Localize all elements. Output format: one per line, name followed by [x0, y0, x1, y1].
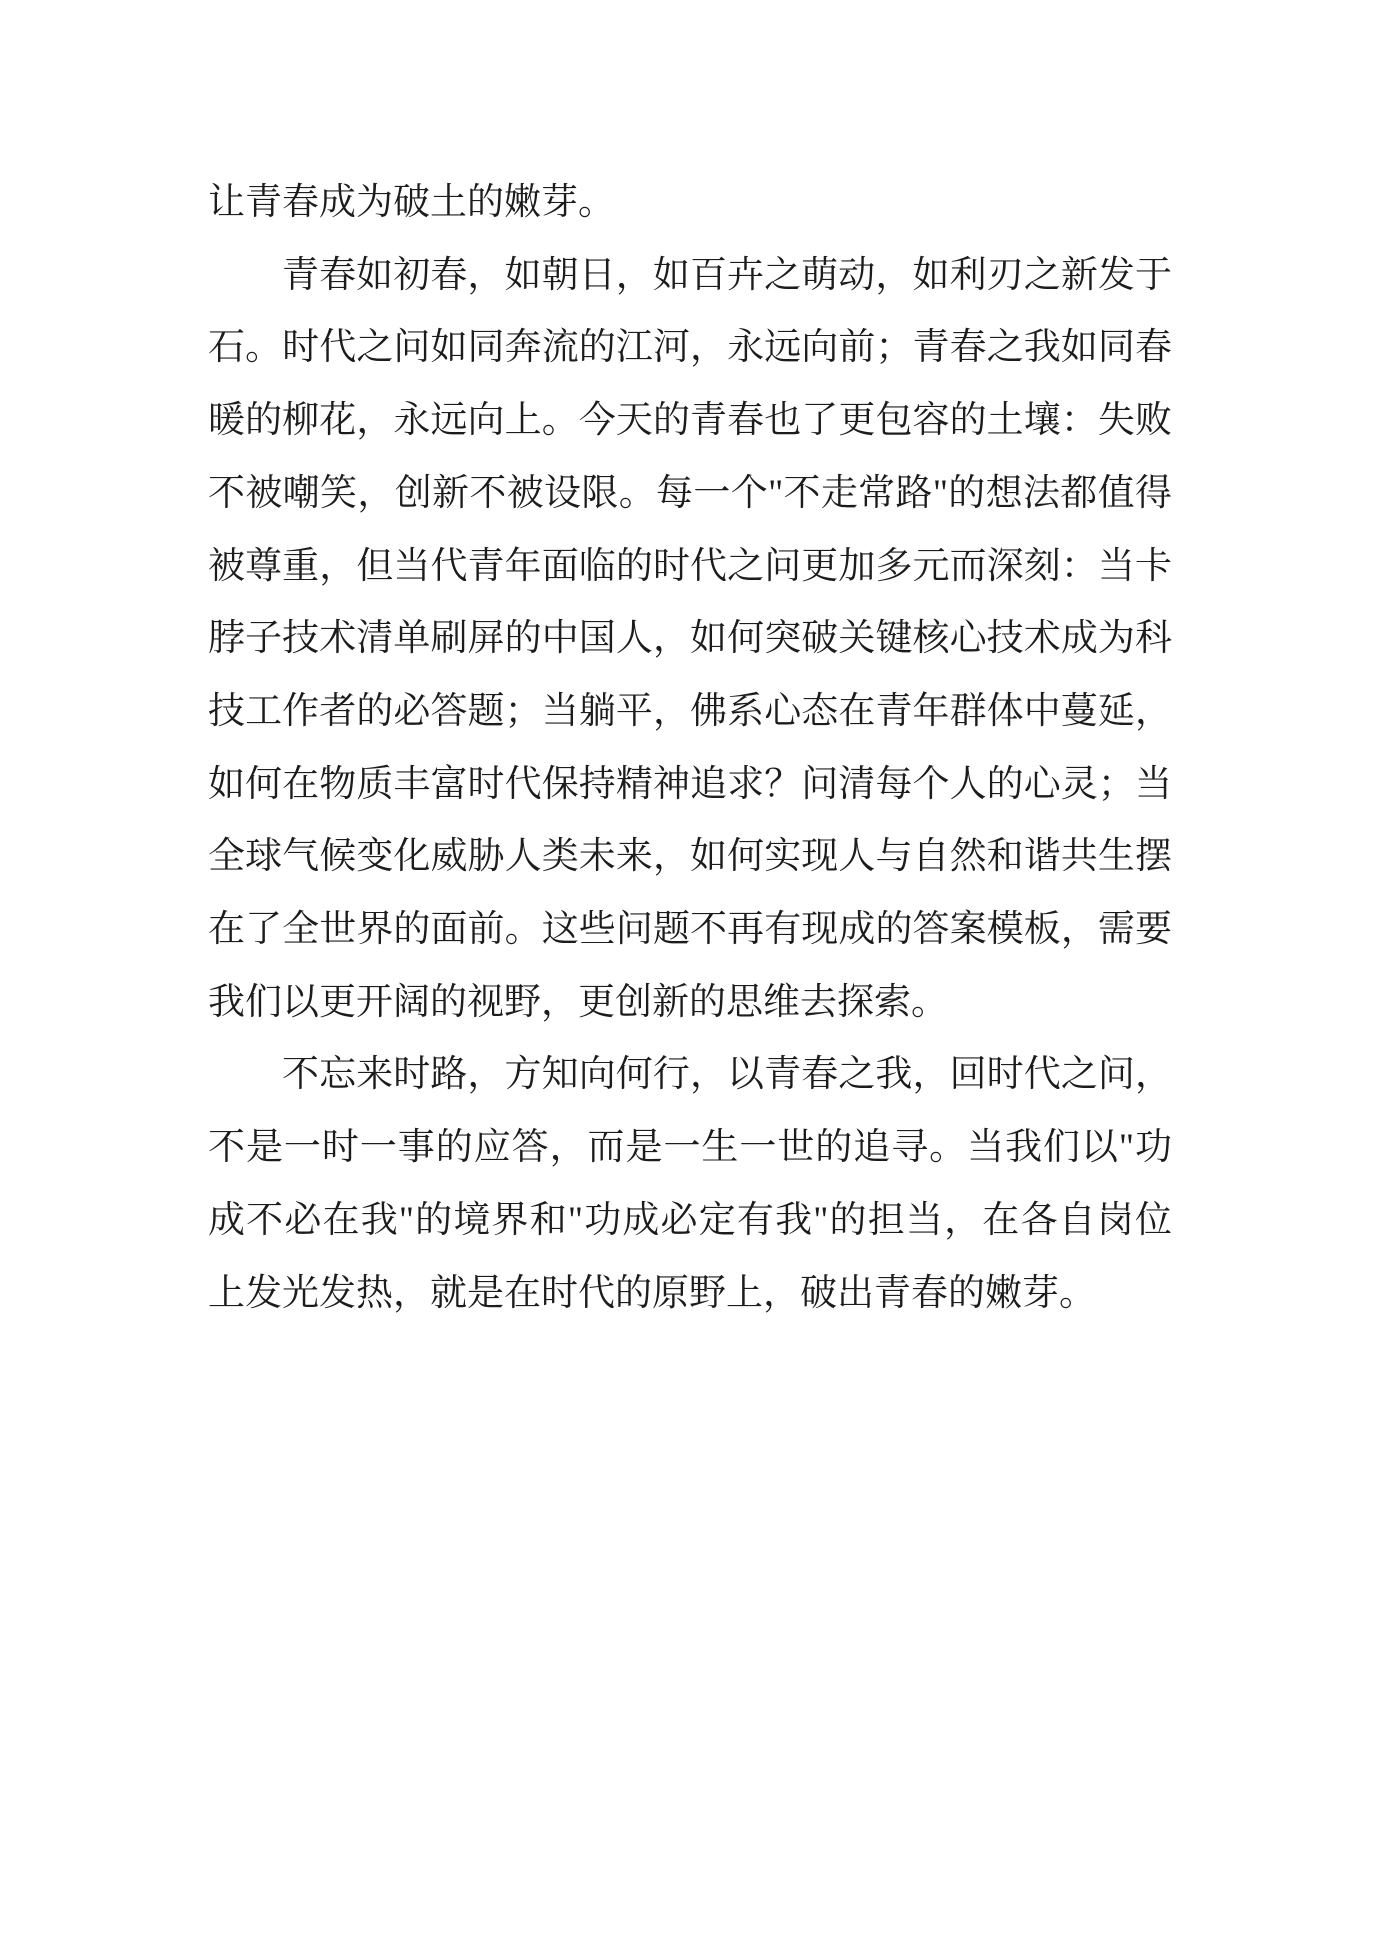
- essay-body: 让青春成为破土的嫩芽。 青春如初春，如朝日，如百卉之萌动，如利刃之新发于石。时代…: [208, 167, 1172, 1330]
- paragraph-continuation: 让青春成为破土的嫩芽。: [208, 167, 1172, 240]
- paragraph-body-1: 青春如初春，如朝日，如百卉之萌动，如利刃之新发于石。时代之问如同奔流的江河，永远…: [208, 240, 1172, 1040]
- paragraph-body-2: 不忘来时路，方知向何行，以青春之我，回时代之问，不是一时一事的应答，而是一生一世…: [208, 1039, 1172, 1330]
- document-page: 让青春成为破土的嫩芽。 青春如初春，如朝日，如百卉之萌动，如利刃之新发于石。时代…: [0, 0, 1382, 1956]
